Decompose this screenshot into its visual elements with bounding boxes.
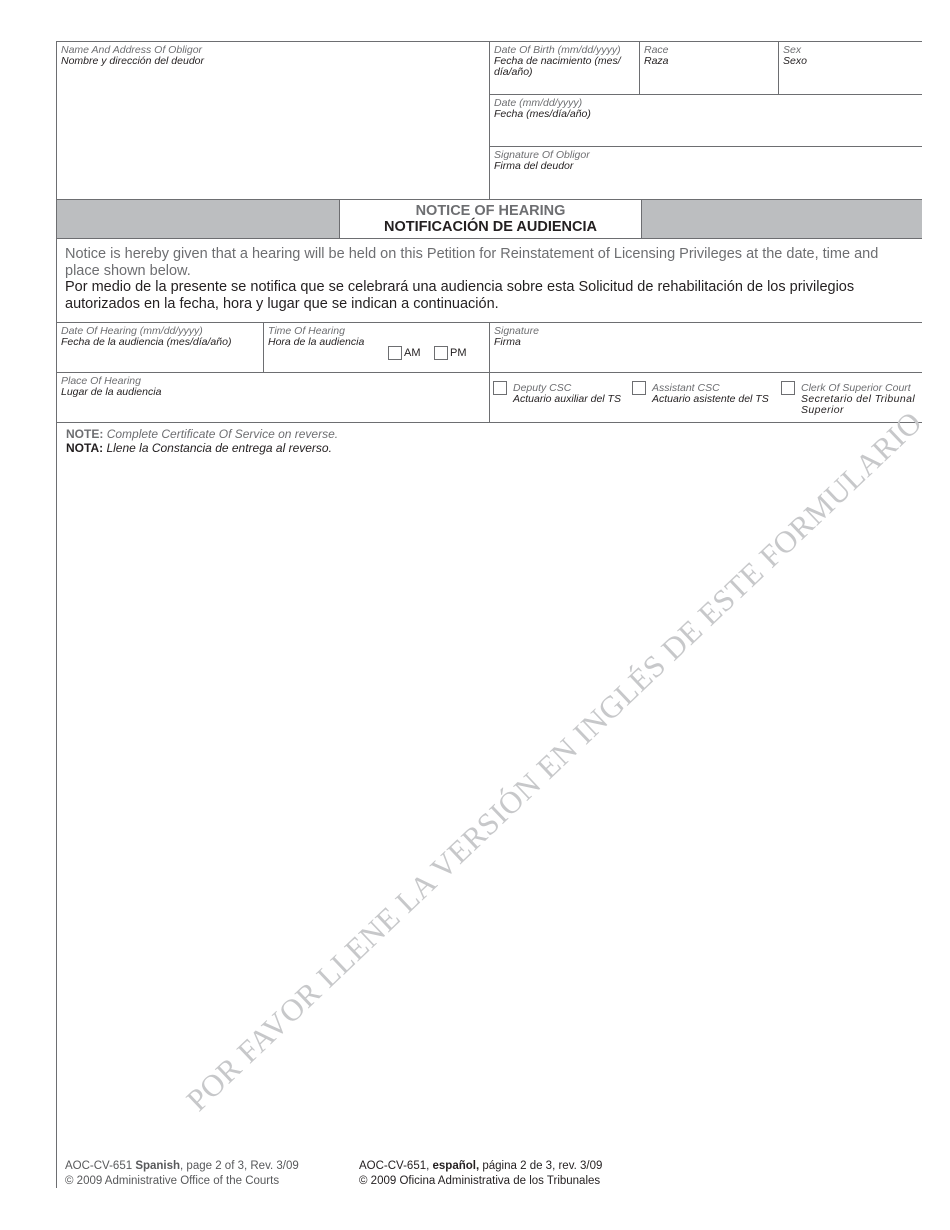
- race-field[interactable]: Race Raza: [640, 42, 786, 100]
- deputy-csc-checkbox[interactable]: [493, 381, 507, 395]
- note-es: NOTA: Llene la Constancia de entrega al …: [66, 441, 338, 455]
- role-deputy-csc[interactable]: Deputy CSC Actuario auxiliar del TS: [493, 381, 621, 405]
- section-title-en: NOTICE OF HEARING: [341, 203, 640, 219]
- signature-field[interactable]: Signature Firma: [490, 323, 930, 378]
- signature-label-en: Signature: [494, 326, 926, 337]
- footer-en-lang: Spanish: [135, 1160, 180, 1172]
- footer-es-line1: AOC-CV-651, español, página 2 de 3, rev.…: [359, 1159, 602, 1174]
- footer-en-form: AOC-CV-651: [65, 1160, 132, 1172]
- note-en-prefix: NOTE:: [66, 427, 103, 441]
- footer-en-rest: , page 2 of 3, Rev. 3/09: [180, 1160, 299, 1172]
- watermark: POR FAVOR LLENE LA VERSIÓN EN INGLÉS DE …: [179, 432, 900, 1119]
- footer-en: AOC-CV-651 Spanish, page 2 of 3, Rev. 3/…: [65, 1159, 299, 1189]
- notice-text: Notice is hereby given that a hearing wi…: [65, 246, 915, 312]
- assistant-csc-label: Assistant CSC Actuario asistente del TS: [652, 383, 769, 405]
- title-box-right-edge: [641, 200, 642, 238]
- clerk-label-es: Secretario del Tribunal Superior: [801, 394, 923, 416]
- note-en-text: Complete Certificate Of Service on rever…: [107, 427, 338, 441]
- place-label-es: Lugar de la audiencia: [61, 387, 493, 398]
- date-label-es: Fecha (mes/día/año): [494, 109, 926, 120]
- section-title-es: NOTIFICACIÓN DE AUDIENCIA: [341, 219, 640, 235]
- notice-text-en: Notice is hereby given that a hearing wi…: [65, 246, 915, 279]
- pm-label: PM: [450, 347, 467, 359]
- title-box-left-edge: [339, 200, 340, 238]
- footer-es-form: AOC-CV-651,: [359, 1160, 429, 1172]
- obligor-name-address-field[interactable]: Name And Address Of Obligor Nombre y dir…: [57, 42, 497, 205]
- section-title: NOTICE OF HEARING NOTIFICACIÓN DE AUDIEN…: [341, 203, 640, 235]
- signature-label-es: Firma: [494, 337, 926, 348]
- pm-option[interactable]: PM: [434, 346, 467, 360]
- role-assistant-csc[interactable]: Assistant CSC Actuario asistente del TS: [632, 381, 769, 405]
- divider-title-bottom: [56, 238, 922, 239]
- dob-label-es: Fecha de nacimiento (mes/ día/año): [494, 56, 643, 78]
- deputy-csc-label-es: Actuario auxiliar del TS: [513, 394, 621, 405]
- title-band-left: [57, 200, 339, 238]
- note-en: NOTE: Complete Certificate Of Service on…: [66, 427, 338, 441]
- note-es-text: Llene la Constancia de entrega al revers…: [106, 441, 331, 455]
- note: NOTE: Complete Certificate Of Service on…: [66, 427, 338, 455]
- obligor-signature-label-es: Firma del deudor: [494, 161, 926, 172]
- footer-en-copyright: © 2009 Administrative Office of the Cour…: [65, 1174, 299, 1189]
- obligor-name-label-es: Nombre y dirección del deudor: [61, 56, 493, 67]
- clerk-label: Clerk Of Superior Court Secretario del T…: [801, 383, 923, 416]
- place-of-hearing-field[interactable]: Place Of Hearing Lugar de la audiencia: [57, 373, 497, 428]
- notice-text-es: Por medio de la presente se notifica que…: [65, 279, 915, 312]
- assistant-csc-checkbox[interactable]: [632, 381, 646, 395]
- assistant-csc-label-es: Actuario asistente del TS: [652, 394, 769, 405]
- note-es-prefix: NOTA:: [66, 441, 103, 455]
- sex-field[interactable]: Sex Sexo: [779, 42, 930, 100]
- am-option[interactable]: AM: [388, 346, 421, 360]
- hearing-date-label-es: Fecha de la audiencia (mes/día/año): [61, 337, 267, 348]
- clerk-checkbox[interactable]: [781, 381, 795, 395]
- role-clerk-superior-court[interactable]: Clerk Of Superior Court Secretario del T…: [781, 381, 923, 416]
- pm-checkbox[interactable]: [434, 346, 448, 360]
- footer-en-line1: AOC-CV-651 Spanish, page 2 of 3, Rev. 3/…: [65, 1159, 299, 1174]
- date-field[interactable]: Date (mm/dd/yyyy) Fecha (mes/día/año): [490, 95, 930, 152]
- footer-es-copyright: © 2009 Oficina Administrativa de los Tri…: [359, 1174, 602, 1189]
- footer-es: AOC-CV-651, español, página 2 de 3, rev.…: [359, 1159, 602, 1189]
- title-band-right: [642, 200, 922, 238]
- deputy-csc-label: Deputy CSC Actuario auxiliar del TS: [513, 383, 621, 405]
- obligor-signature-field[interactable]: Signature Of Obligor Firma del deudor: [490, 147, 930, 205]
- sex-label-es: Sexo: [783, 56, 926, 67]
- footer-es-rest: página 2 de 3, rev. 3/09: [482, 1160, 602, 1172]
- am-label: AM: [404, 347, 421, 359]
- footer-es-lang: español,: [433, 1160, 480, 1172]
- race-label-es: Raza: [644, 56, 782, 67]
- hearing-date-field[interactable]: Date Of Hearing (mm/dd/yyyy) Fecha de la…: [57, 323, 271, 378]
- am-checkbox[interactable]: [388, 346, 402, 360]
- date-of-birth-field[interactable]: Date Of Birth (mm/dd/yyyy) Fecha de naci…: [490, 42, 647, 100]
